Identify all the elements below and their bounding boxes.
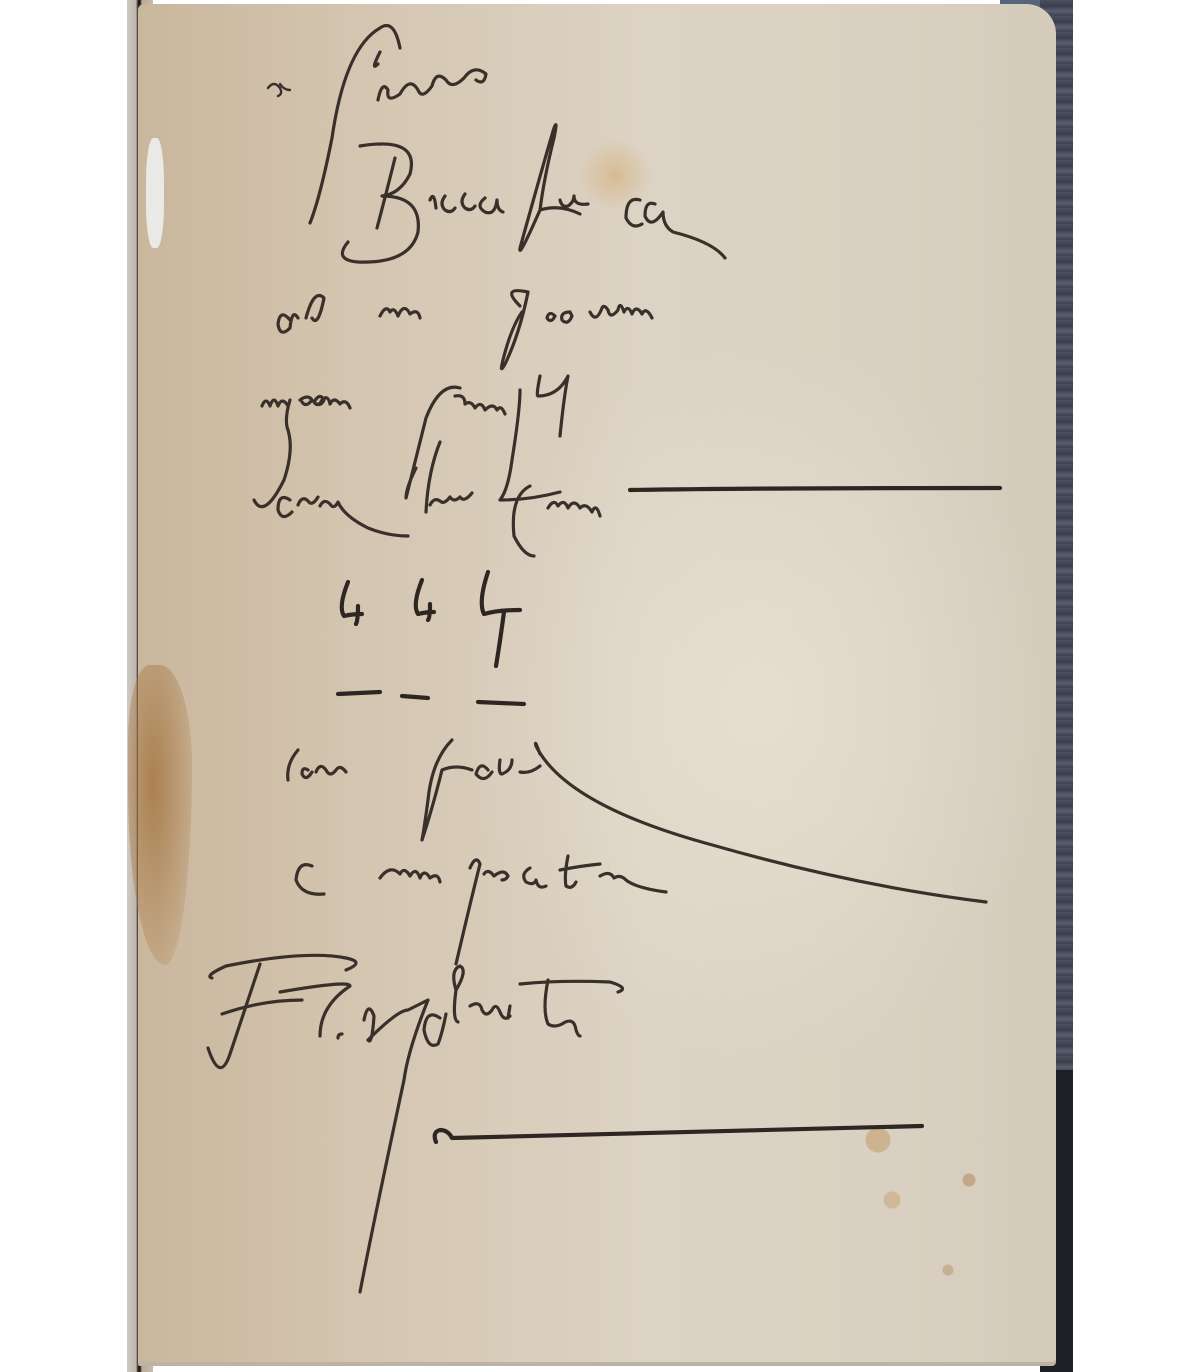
numbers-444 [338,572,524,704]
line-con-fede [288,740,986,902]
line-e-simpatia [296,856,666,964]
handwriting [0,0,1200,1372]
signature-ft-marinetti [208,955,922,1292]
line-al-mio-giovane [278,291,652,369]
line-che-ha-creato [278,442,600,556]
line-ingegnere-futurista [254,376,1000,507]
word-a [268,84,290,96]
photograph: a Giulio Buccafusca al mio giovane ingeg… [0,0,1200,1372]
word-giulio [310,26,486,224]
word-buccafusca [342,125,725,262]
